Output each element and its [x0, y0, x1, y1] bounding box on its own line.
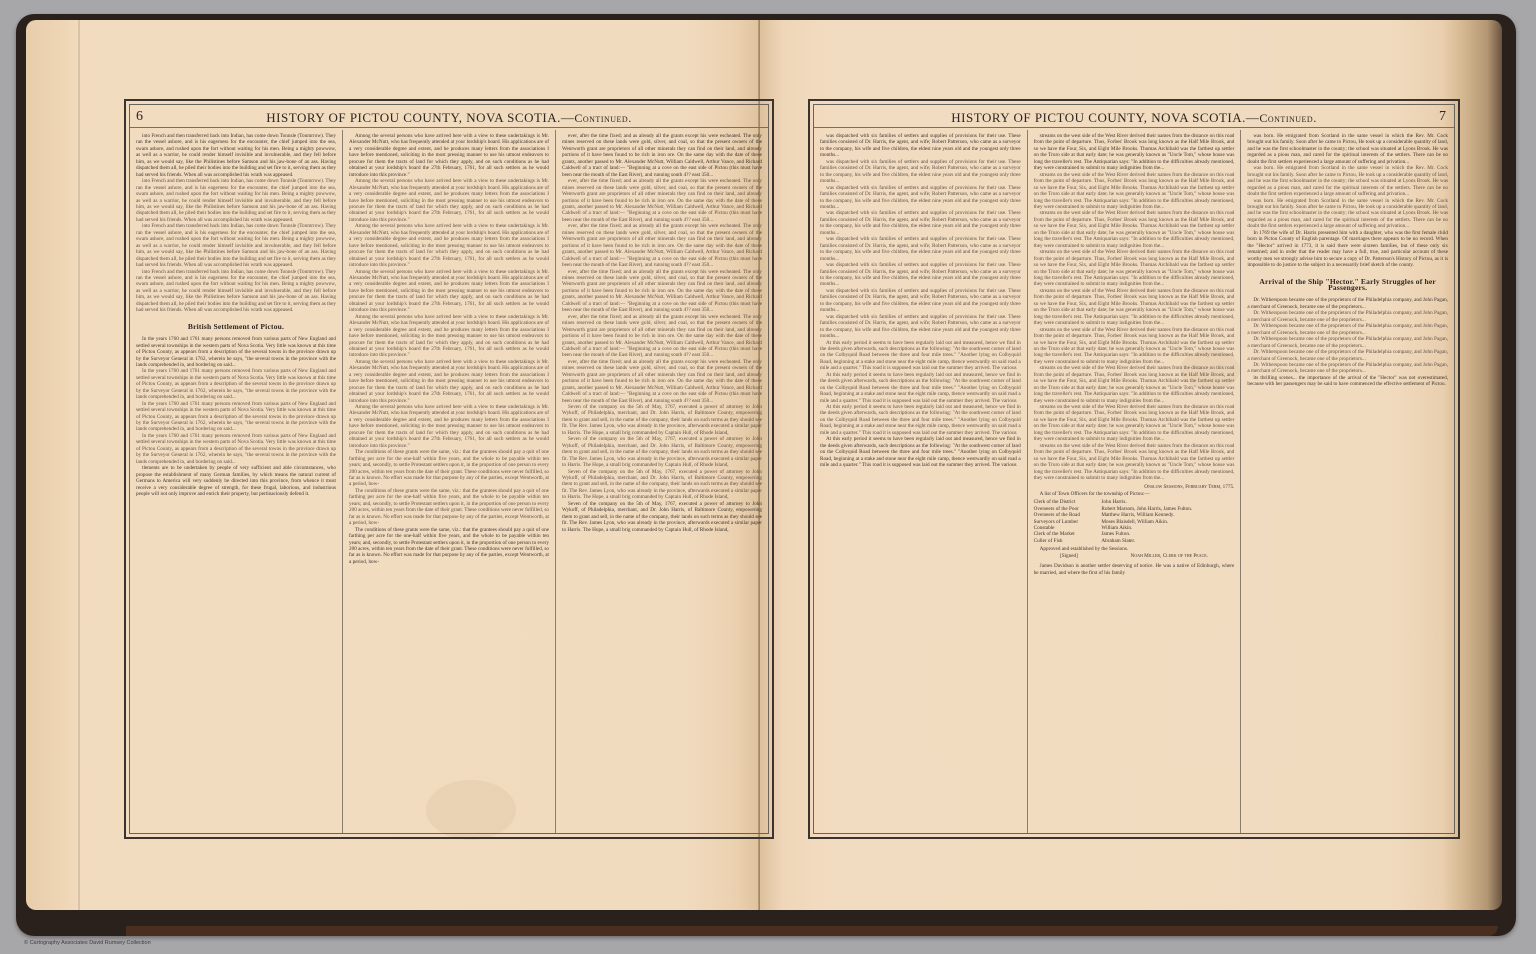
- running-title: HISTORY OF PICTOU COUNTY, NOVA SCOTIA.—C…: [814, 110, 1454, 126]
- paragraph: streams on the west side of the West Riv…: [1034, 172, 1235, 211]
- paragraph: Among the several persons who have arriv…: [349, 223, 549, 268]
- left-running-header: 6 HISTORY OF PICTOU COUNTY, NOVA SCOTIA.…: [130, 105, 768, 128]
- paragraph: Among the several persons who have arriv…: [349, 133, 549, 178]
- paragraph: tlements are to be undertaken by people …: [136, 465, 336, 497]
- paragraph: was dispatched with six families of sett…: [820, 262, 1021, 288]
- paragraph: ever, after the time fixed; and as alrea…: [562, 314, 762, 359]
- paragraph: Among the several persons who have arriv…: [349, 269, 549, 314]
- paragraph: streams on the west side of the West Riv…: [1034, 210, 1235, 249]
- paragraph: was dispatched with six families of sett…: [820, 314, 1021, 340]
- collection-credit: © Cartography Associates David Rumsey Co…: [24, 940, 151, 946]
- section-heading: Arrival of the Ship "Hector." Early Stru…: [1247, 279, 1448, 292]
- office: Culler of Fish: [1034, 538, 1102, 544]
- paragraph: into French and then transferred back in…: [136, 178, 336, 223]
- paragraph: streams on the west side of the West Riv…: [1034, 365, 1235, 404]
- paragraph: Seven of the company on the 5th of May, …: [562, 469, 762, 501]
- officer-names: Abraham Slater.: [1101, 538, 1234, 544]
- text-column-2: Among the several persons who have arriv…: [342, 130, 555, 833]
- paragraph: Dr. Witherspoon became one of the propri…: [1247, 297, 1448, 310]
- town-officers-table: Clerk of the DistrictJohn Harris. Overse…: [1034, 499, 1235, 544]
- paragraph: streams on the west side of the West Riv…: [1034, 327, 1235, 366]
- signature-line: [Signed] Noah Miller, Clerk of the Peace…: [1034, 553, 1235, 559]
- paragraph: At this early period it seems to have be…: [820, 404, 1021, 436]
- paragraph: was dispatched with six families of sett…: [820, 159, 1021, 185]
- paragraph: Dr. Witherspoon became one of the propri…: [1247, 336, 1448, 349]
- paragraph: Seven of the company on the 5th of May, …: [562, 436, 762, 468]
- cover-spine-edge: [126, 926, 1498, 936]
- paragraph: The conditions of these grants were the …: [349, 527, 549, 566]
- running-title-suffix: Continued.: [1259, 111, 1316, 125]
- paragraph: Seven of the company on the 5th of May, …: [562, 501, 762, 533]
- paragraph: into French and then transferred back in…: [136, 269, 336, 314]
- paragraph: was born. He emigrated from Scotland in …: [1247, 165, 1448, 197]
- text-column-2: streams on the west side of the West Riv…: [1027, 130, 1241, 833]
- text-column-3: ever, after the time fixed; and as alrea…: [555, 130, 768, 833]
- paragraph: Among the several persons who have arriv…: [349, 314, 549, 359]
- paragraph: James Davidson is another settler deserv…: [1034, 563, 1235, 576]
- paragraph: streams on the west side of the West Riv…: [1034, 288, 1235, 327]
- signed-label: [Signed]: [1060, 553, 1078, 559]
- paragraph: Among the several persons who have arriv…: [349, 404, 549, 449]
- right-running-header: HISTORY OF PICTOU COUNTY, NOVA SCOTIA.—C…: [814, 105, 1454, 128]
- paragraph: was born. He emigrated from Scotland in …: [1247, 133, 1448, 165]
- paragraph: Seven of the company on the 5th of May, …: [562, 404, 762, 436]
- running-title-text: HISTORY OF PICTOU COUNTY, NOVA SCOTIA.—: [266, 110, 574, 125]
- paragraph: into French and then transferred back in…: [136, 133, 336, 178]
- paragraph: was dispatched with six families of sett…: [820, 288, 1021, 314]
- right-page-text-frame: HISTORY OF PICTOU COUNTY, NOVA SCOTIA.—C…: [808, 99, 1460, 839]
- paragraph: The conditions of these grants were the …: [349, 488, 549, 527]
- paragraph: In the years 1760 and 1761 many persons …: [136, 368, 336, 400]
- paragraph: streams on the west side of the West Riv…: [1034, 404, 1235, 443]
- paragraph: The conditions of these grants were the …: [349, 449, 549, 488]
- paragraph: At this early period it seems to have be…: [820, 372, 1021, 404]
- paragraph: In the years 1760 and 1761 many persons …: [136, 433, 336, 465]
- paragraph: streams on the west side of the West Riv…: [1034, 133, 1235, 172]
- paragraph: into French and then transferred back in…: [136, 223, 336, 268]
- running-title: HISTORY OF PICTOU COUNTY, NOVA SCOTIA.—C…: [130, 110, 768, 126]
- paragraph: was dispatched with six families of sett…: [820, 236, 1021, 262]
- paragraph: Dr. Witherspoon became one of the propri…: [1247, 349, 1448, 362]
- text-column-1: into French and then transferred back in…: [130, 130, 342, 833]
- running-title-text: HISTORY OF PICTOU COUNTY, NOVA SCOTIA.—: [951, 110, 1259, 125]
- paragraph: Dr. Witherspoon became one of the propri…: [1247, 310, 1448, 323]
- paragraph: was dispatched with six families of sett…: [820, 210, 1021, 236]
- section-heading: British Settlement of Pictou.: [136, 324, 336, 330]
- paragraph: ever, after the time fixed; and as alrea…: [562, 178, 762, 223]
- paragraph: was dispatched with six families of sett…: [820, 133, 1021, 159]
- paragraph: In the years 1760 and 1761 many persons …: [136, 336, 336, 368]
- left-page-text-frame: 6 HISTORY OF PICTOU COUNTY, NOVA SCOTIA.…: [124, 99, 774, 839]
- paragraph: Dr. Witherspoon became one of the propri…: [1247, 362, 1448, 375]
- paragraph: was born. He emigrated from Scotland in …: [1247, 198, 1448, 230]
- paragraph: Dr. Witherspoon became one of the propri…: [1247, 323, 1448, 336]
- paragraph: ever, after the time fixed; and as alrea…: [562, 223, 762, 268]
- paragraph: At this early period it seems to have be…: [820, 340, 1021, 372]
- list-intro: A list of Town Officers for the township…: [1034, 491, 1235, 497]
- paragraph: In the years 1760 and 1761 many persons …: [136, 401, 336, 433]
- signed-name: Noah Miller, Clerk of the Peace.: [1130, 553, 1208, 559]
- paragraph: Among the several persons who have arriv…: [349, 178, 549, 223]
- paragraph: was dispatched with six families of sett…: [820, 185, 1021, 211]
- paragraph: At this early period it seems to have be…: [820, 436, 1021, 468]
- running-title-suffix: Continued.: [574, 111, 631, 125]
- left-page-leaf-edge: [78, 20, 80, 910]
- paragraph: ever, after the time fixed; and as alrea…: [562, 133, 762, 178]
- table-row: Culler of FishAbraham Slater.: [1034, 538, 1235, 544]
- paragraph: streams on the west side of the West Riv…: [1034, 443, 1235, 482]
- paragraph: In 1769 the wife of Dr. Harris presented…: [1247, 230, 1448, 269]
- paragraph: ever, after the time fixed; and as alrea…: [562, 269, 762, 314]
- paragraph: its thrilling scenes... the importance o…: [1247, 375, 1448, 388]
- page-number: 7: [1439, 109, 1446, 125]
- text-column-1: was dispatched with six families of sett…: [814, 130, 1027, 833]
- paragraph: Among the several persons who have arriv…: [349, 359, 549, 404]
- text-column-3: was born. He emigrated from Scotland in …: [1240, 130, 1454, 833]
- paragraph: ever, after the time fixed; and as alrea…: [562, 359, 762, 404]
- paragraph: streams on the west side of the West Riv…: [1034, 249, 1235, 288]
